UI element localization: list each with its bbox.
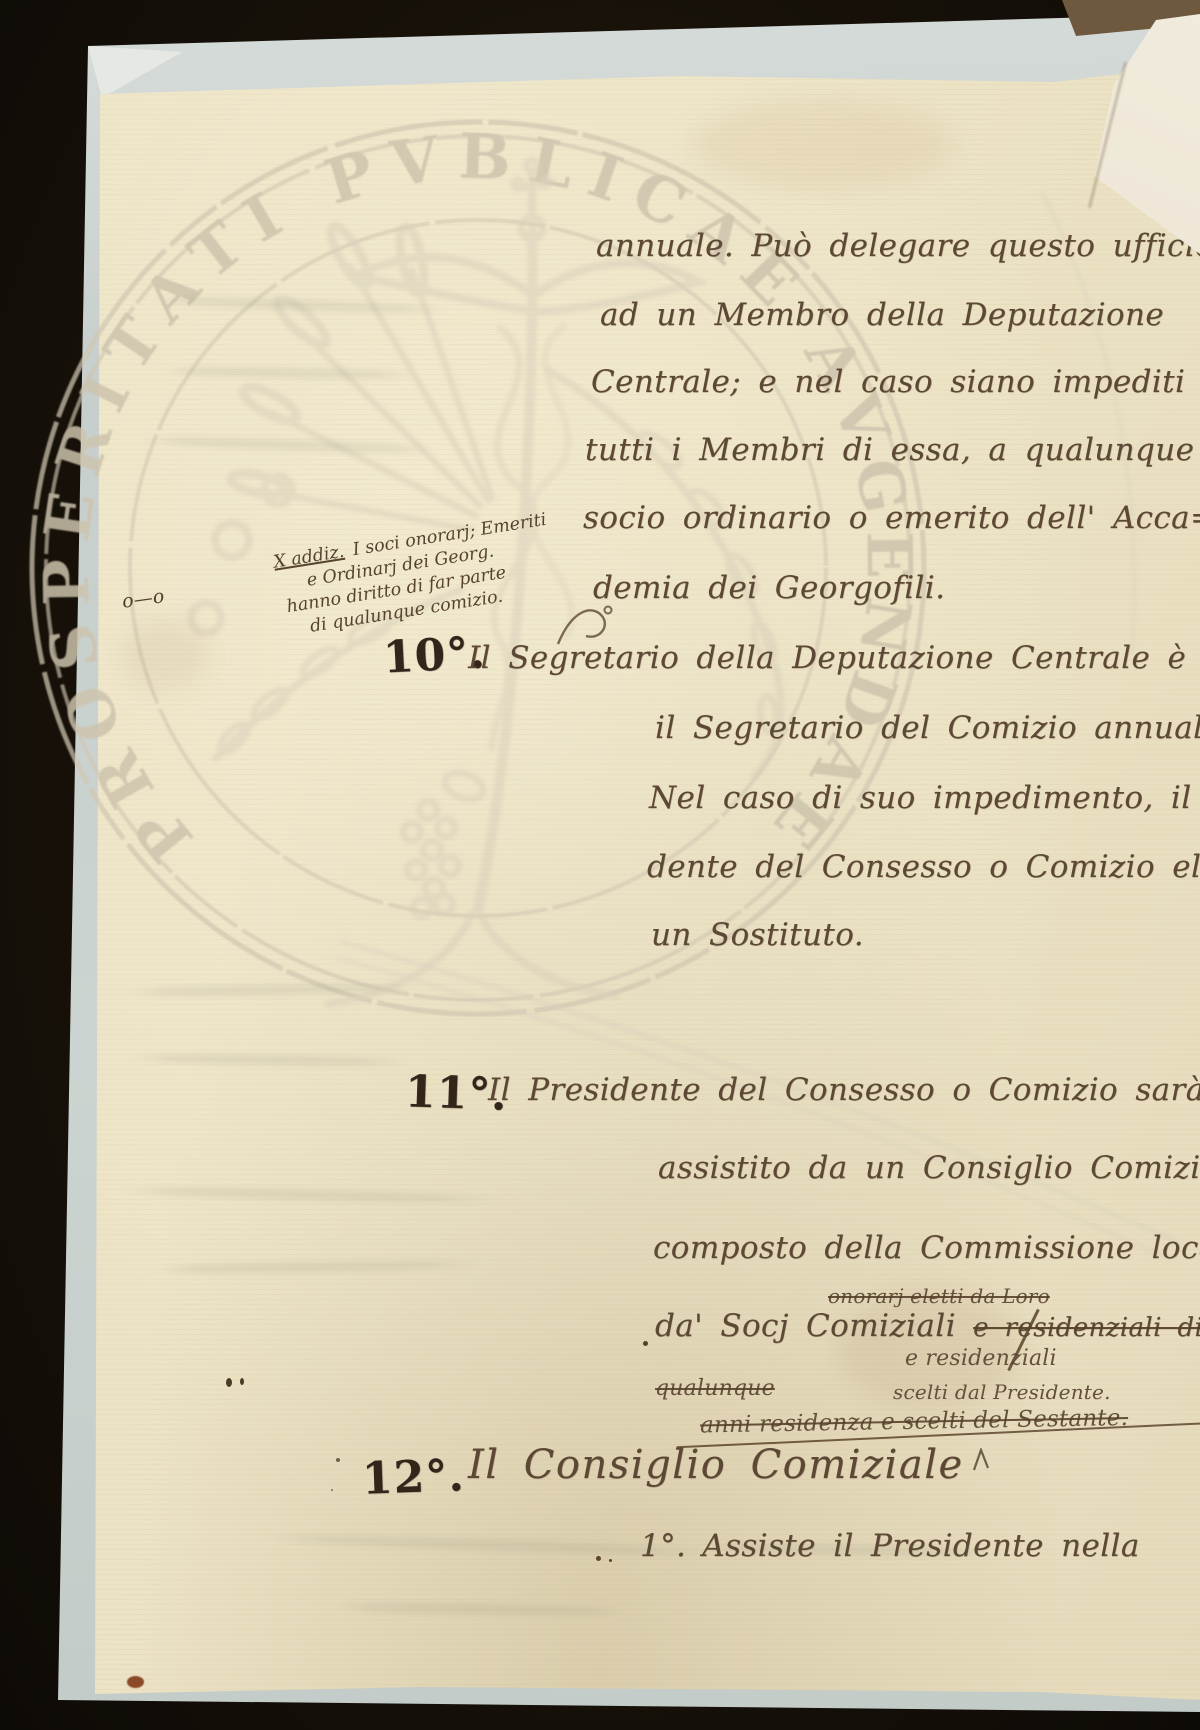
manuscript-line: assistito da un Consiglio Comiziale, [658,1150,1200,1186]
struck-text: e residenziali di [973,1313,1200,1343]
manuscript-photo: PROSPERITATI PVBLICAE AVGENDAE [0,0,1200,1730]
caret-ink-mark [972,1448,992,1472]
ink-speck [336,1458,340,1462]
ink-speck [643,1341,648,1346]
manuscript-line: dente del Consesso o Comizio elegge [647,849,1200,885]
interlinear-insert-struck: onorarj eletti da Loro [828,1284,1050,1308]
line-kept-text: da' Socj Comiziali [655,1308,956,1344]
insertion-flourish-mark [548,598,618,654]
manuscript-line: composto della Commissione locale, e [653,1230,1200,1266]
manuscript-line: Il Consiglio Comiziale [468,1442,964,1488]
manuscript-line: socio ordinario o emerito dell' Acca= [583,500,1200,536]
paper-stain [120,620,210,690]
ink-speck [226,1378,232,1387]
paper-stain [690,100,950,190]
rust-spot [127,1676,144,1688]
ink-speck [907,1419,911,1423]
manuscript-line: Il Presidente del Consesso o Comizio sar… [488,1072,1200,1108]
interlinear-insert: scelti dal Presidente. [893,1380,1111,1404]
struck-word: qualunque [655,1376,775,1401]
manuscript-line: Nel caso di suo impedimento, il Presi= [649,780,1200,816]
manuscript-line: Centrale; e nel caso siano impediti [591,364,1185,400]
manuscript-line: un Sostituto. [651,917,864,953]
subitem-number: 1°. [640,1528,686,1564]
manuscript-line-edited: da' Socj Comiziali e residenziali di [655,1308,1200,1344]
manuscript-line: annuale. Può delegare questo ufficio [596,228,1200,264]
manuscript-subitem-line: 1°.Assiste il Presidente nella [640,1528,1140,1564]
manuscript-line: il Segretario del Comizio annuale. [655,710,1200,746]
manuscript-line: demia dei Georgofili. [593,570,945,606]
manuscript-line: tutti i Membri di essa, a qualunque [585,432,1194,468]
interlinear-insert: e residenziali [905,1346,1057,1371]
ink-speck [596,1556,601,1561]
section-number-12: 12°. [361,1450,465,1505]
subitem-text: Assiste il Presidente nella [702,1528,1139,1564]
manuscript-line: ad un Membro della Deputazione [600,297,1164,333]
